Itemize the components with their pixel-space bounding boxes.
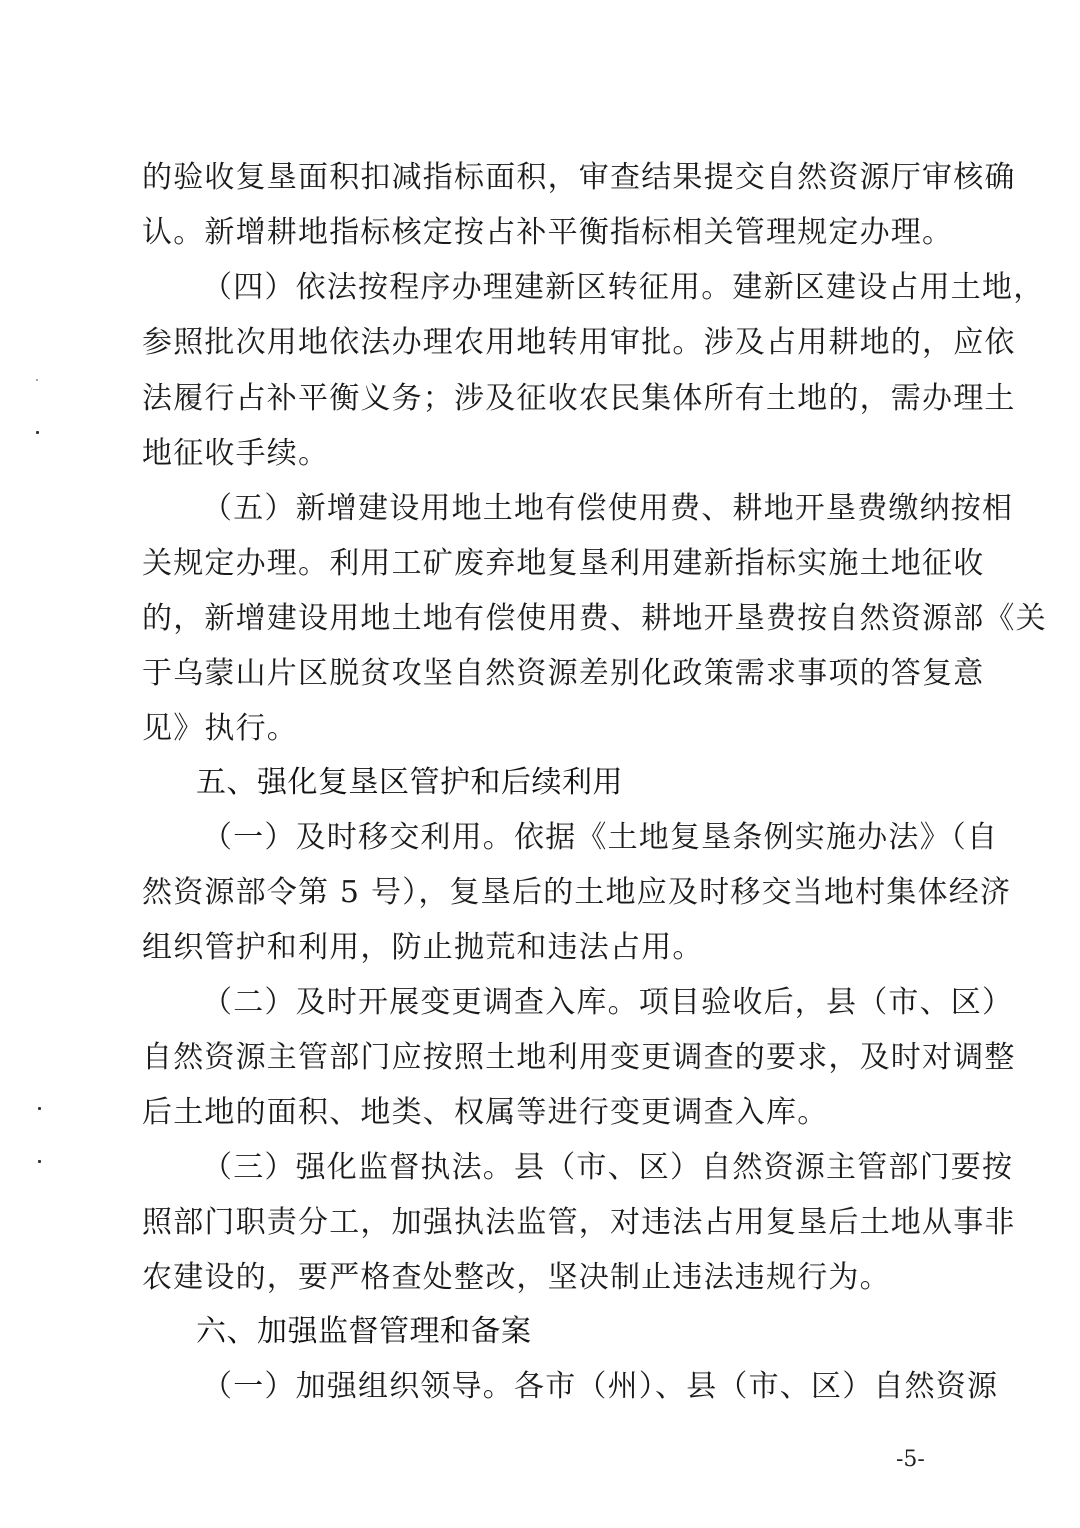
body-line-14: 组织管护和利用，防止抛荒和违法占用。 — [142, 930, 942, 966]
section-5-item-3-line: （三）强化监督执法。县（市、区）自然资源主管部门要按 — [202, 1150, 942, 1186]
body-line-11: 见》执行。 — [142, 711, 942, 747]
scan-speck — [36, 379, 38, 381]
scan-speck — [38, 1160, 41, 1163]
body-line-8: 关规定办理。利用工矿废弃地复垦利用建新指标实施土地征收 — [142, 546, 942, 582]
document-page: 的验收复垦面积扣减指标面积，审查结果提交自然资源厅审核确 认。新增耕地指标核定按… — [0, 0, 1080, 1528]
scan-speck — [36, 431, 39, 434]
section-5-item-1-line: （一）及时移交利用。依据《土地复垦条例实施办法》（自 — [202, 820, 942, 856]
section-heading-6: 六、加强监督管理和备案 — [196, 1314, 532, 1350]
body-line-1: 的验收复垦面积扣减指标面积，审查结果提交自然资源厅审核确 — [142, 160, 942, 196]
section-5-item-2-line: （二）及时开展变更调查入库。项目验收后，县（市、区） — [202, 985, 942, 1021]
body-line-19: 照部门职责分工，加强执法监管，对违法占用复垦后土地从事非 — [142, 1205, 942, 1241]
body-line-5: 法履行占补平衡义务；涉及征收农民集体所有土地的，需办理土 — [142, 381, 942, 417]
body-line-9: 的，新增建设用地土地有偿使用费、耕地开垦费按自然资源部《关 — [142, 601, 942, 637]
body-line-17: 后土地的面积、地类、权属等进行变更调查入库。 — [142, 1095, 942, 1131]
body-line-20: 农建设的，要严格查处整改，坚决制止违法违规行为。 — [142, 1260, 942, 1296]
body-line-6: 地征收手续。 — [142, 436, 942, 472]
paragraph-5-title-line: （五）新增建设用地土地有偿使用费、耕地开垦费缴纳按相 — [202, 491, 942, 527]
body-line-2: 认。新增耕地指标核定按占补平衡指标相关管理规定办理。 — [142, 215, 942, 251]
body-line-10: 于乌蒙山片区脱贫攻坚自然资源差别化政策需求事项的答复意 — [142, 656, 942, 692]
paragraph-4-title-line: （四）依法按程序办理建新区转征用。建新区建设占用土地， — [202, 270, 942, 306]
scan-speck — [38, 1107, 41, 1110]
section-6-item-1-line: （一）加强组织领导。各市（州）、县（市、区）自然资源 — [202, 1369, 942, 1405]
body-line-4: 参照批次用地依法办理农用地转用审批。涉及占用耕地的，应依 — [142, 325, 942, 361]
body-line-16: 自然资源主管部门应按照土地利用变更调查的要求，及时对调整 — [142, 1040, 942, 1076]
body-line-13: 然资源部令第 5 号），复垦后的土地应及时移交当地村集体经济 — [142, 875, 942, 911]
section-heading-5: 五、强化复垦区管护和后续利用 — [196, 765, 623, 801]
page-number: -5- — [896, 1446, 925, 1474]
